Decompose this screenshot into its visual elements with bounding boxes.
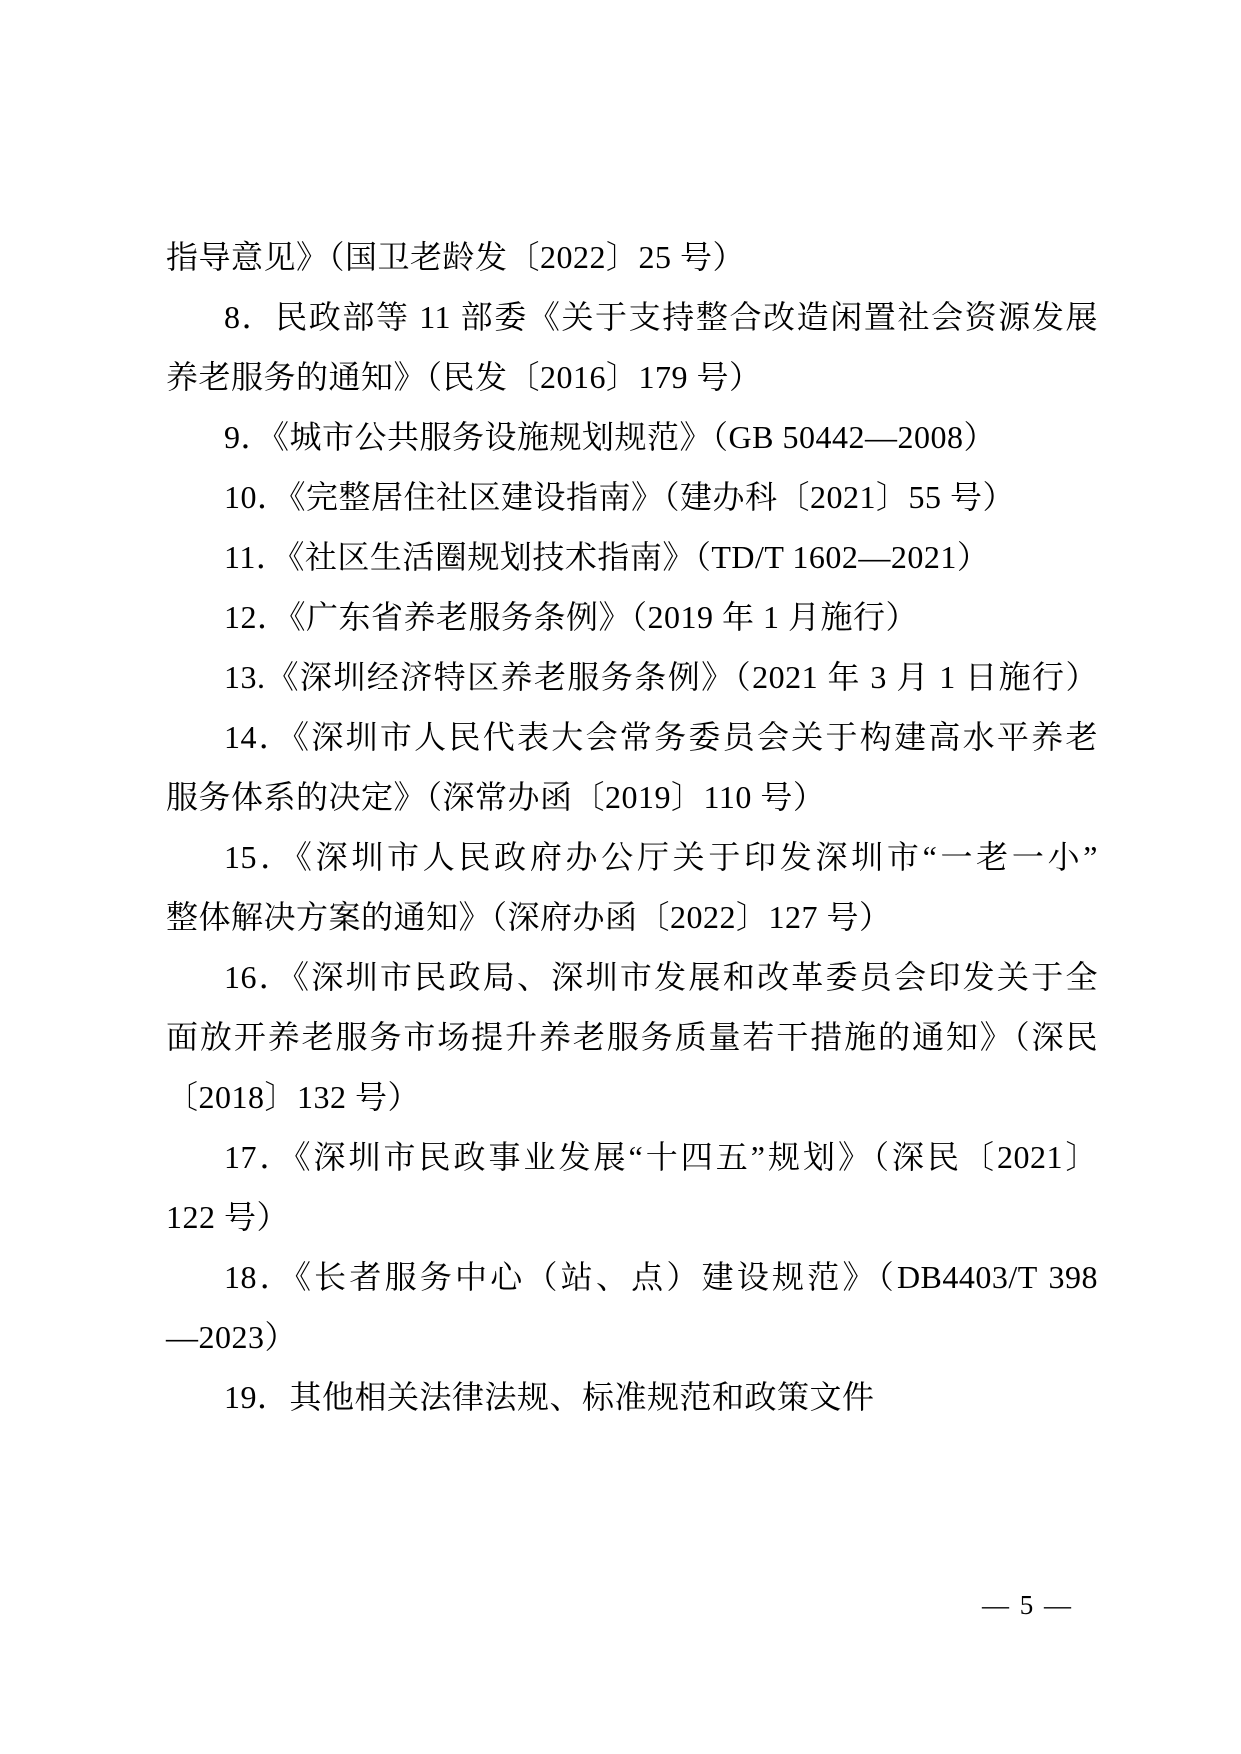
page-number: — 5 —	[982, 1588, 1073, 1622]
document-line: 指导意见》（国卫老龄发〔2022〕25 号）	[166, 227, 1098, 287]
document-line: 18．《长者服务中心（站、点）建设规范》（DB4403/T 398	[166, 1247, 1098, 1307]
document-line: 17．《深圳市民政事业发展“十四五”规划》（深民〔2021〕	[166, 1127, 1098, 1187]
document-line: 11．《社区生活圈规划技术指南》（TD/T 1602—2021）	[166, 527, 1098, 587]
document-line: 15．《深圳市人民政府办公厅关于印发深圳市“一老一小”	[166, 827, 1098, 887]
document-line: 10．《完整居住社区建设指南》（建办科〔2021〕55 号）	[166, 467, 1098, 527]
document-page: 指导意见》（国卫老龄发〔2022〕25 号）8．民政部等 11 部委《关于支持整…	[0, 0, 1241, 1754]
document-line: 8．民政部等 11 部委《关于支持整合改造闲置社会资源发展	[166, 287, 1098, 347]
document-line: 养老服务的通知》（民发〔2016〕179 号）	[166, 347, 1098, 407]
document-line: 9．《城市公共服务设施规划规范》（GB 50442—2008）	[166, 407, 1098, 467]
document-line: 19．其他相关法律法规、标准规范和政策文件	[166, 1367, 1098, 1427]
document-line: 〔2018〕132 号）	[166, 1067, 1098, 1127]
document-line: 整体解决方案的通知》（深府办函〔2022〕127 号）	[166, 887, 1098, 947]
document-line: 13.《深圳经济特区养老服务条例》（2021 年 3 月 1 日施行）	[166, 647, 1098, 707]
document-line: —2023）	[166, 1307, 1098, 1367]
document-line: 16．《深圳市民政局、深圳市发展和改革委员会印发关于全	[166, 947, 1098, 1007]
document-line: 12．《广东省养老服务条例》（2019 年 1 月施行）	[166, 587, 1098, 647]
document-line: 122 号）	[166, 1187, 1098, 1247]
document-line: 面放开养老服务市场提升养老服务质量若干措施的通知》（深民	[166, 1007, 1098, 1067]
document-line: 服务体系的决定》（深常办函〔2019〕110 号）	[166, 767, 1098, 827]
document-body: 指导意见》（国卫老龄发〔2022〕25 号）8．民政部等 11 部委《关于支持整…	[166, 227, 1098, 1427]
document-line: 14．《深圳市人民代表大会常务委员会关于构建高水平养老	[166, 707, 1098, 767]
